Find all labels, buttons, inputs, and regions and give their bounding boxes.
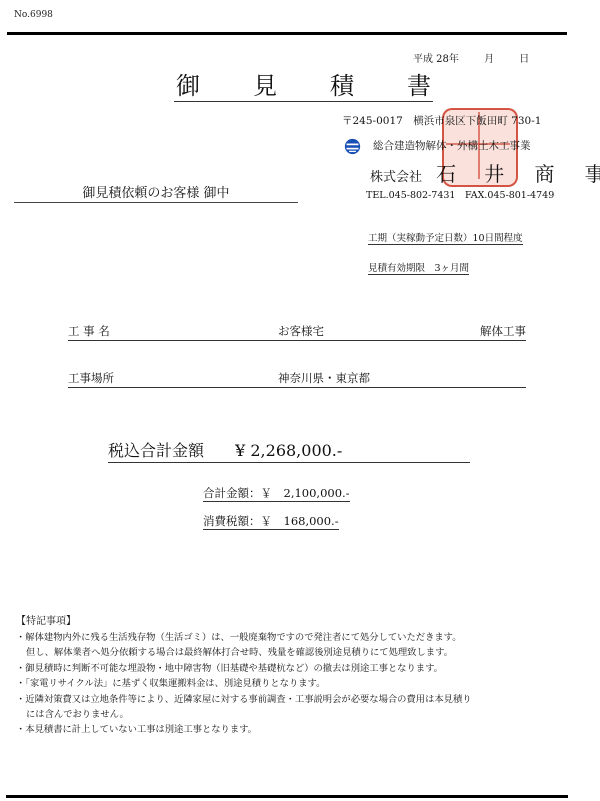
- company-logo-icon: [344, 138, 361, 155]
- tax-included-label: 税込合計金額: [108, 441, 204, 460]
- estimate-validity: 見積有効期限 3ヶ月間: [368, 260, 469, 275]
- work-name-value: お客様宅: [278, 323, 324, 339]
- title-char: 御: [176, 72, 200, 100]
- client-name: 御見積依頼のお客様 御中: [14, 182, 298, 203]
- company-name-char: 井: [484, 162, 504, 186]
- tax-included-amount: ¥ 2,268,000.-: [235, 441, 342, 460]
- note-line: 但し、解体業者へ処分依頼する場合は最終解体打合せ時、残量を確認後別途見積りにて処…: [16, 645, 472, 660]
- work-site-label: 工事場所: [68, 370, 114, 386]
- date-month: 月: [484, 54, 494, 65]
- company-name: 株式会社 石 井 商 事: [370, 158, 600, 187]
- title-char: 積: [330, 72, 354, 100]
- note-line: には含んでおりません。: [16, 707, 472, 722]
- company-address: 〒245-0017 横浜市泉区下飯田町 730-1: [342, 113, 541, 128]
- bottom-rule: [6, 795, 568, 798]
- work-site-value: 神奈川県・東京都: [278, 370, 370, 386]
- title-char: 見: [253, 72, 277, 100]
- work-name-row: 工 事 名 お客様宅 解体工事: [68, 323, 526, 341]
- subtotal-amount: 合計金額：￥ 2,100,000.-: [203, 485, 350, 502]
- document-number: No.6998: [14, 10, 53, 20]
- company-name-char: 商: [534, 162, 554, 186]
- notes-list: ・解体建物内外に残る生活残存物（生活ゴミ）は、一般廃棄物ですので発注者にて処分し…: [16, 630, 472, 738]
- date-day: 日: [519, 54, 529, 65]
- company-name-char: 石: [436, 162, 456, 186]
- note-line: ・本見積書に計上していない工事は別途工事となります。: [16, 722, 472, 737]
- title-char: 書: [407, 72, 431, 100]
- note-line: ・解体建物内外に残る生活残存物（生活ゴミ）は、一般廃棄物ですので発注者にて処分し…: [16, 630, 472, 645]
- note-line: ・御見積時に判断不可能な埋設物・地中障害物（旧基礎や基礎杭など）の撤去は別途工事…: [16, 661, 472, 676]
- note-line: ・近隣対策費又は立地条件等により、近隣家屋に対する事前調査・工事説明会が必要な場…: [16, 692, 472, 707]
- top-rule: [7, 32, 567, 35]
- notes-title: 【特記事項】: [16, 612, 76, 627]
- tax-amount: 消費税額：￥ 168,000.-: [203, 513, 339, 530]
- work-name-label: 工 事 名: [68, 323, 110, 339]
- document-title: 御 見 積 書: [174, 72, 433, 102]
- work-period: 工期（実稼動予定日数）10日間程度: [368, 230, 523, 245]
- tax-included-total: 税込合計金額 ¥ 2,268,000.-: [108, 438, 470, 463]
- issue-date: 平成 28年 月 日: [413, 50, 539, 65]
- note-line: ・「家電リサイクル法」に基ずく収集運搬料金は、別途見積りとなります。: [16, 676, 472, 691]
- work-site-row: 工事場所 神奈川県・東京都: [68, 370, 526, 388]
- company-business: 総合建造物解体・外構土木工事業: [373, 138, 531, 153]
- company-prefix: 株式会社: [370, 170, 422, 185]
- date-era-year: 平成 28年: [413, 54, 459, 65]
- company-contact: TEL.045-802-7431 FAX.045-801-4749: [366, 187, 554, 201]
- work-name-type: 解体工事: [480, 323, 526, 339]
- company-name-char: 事: [585, 162, 600, 186]
